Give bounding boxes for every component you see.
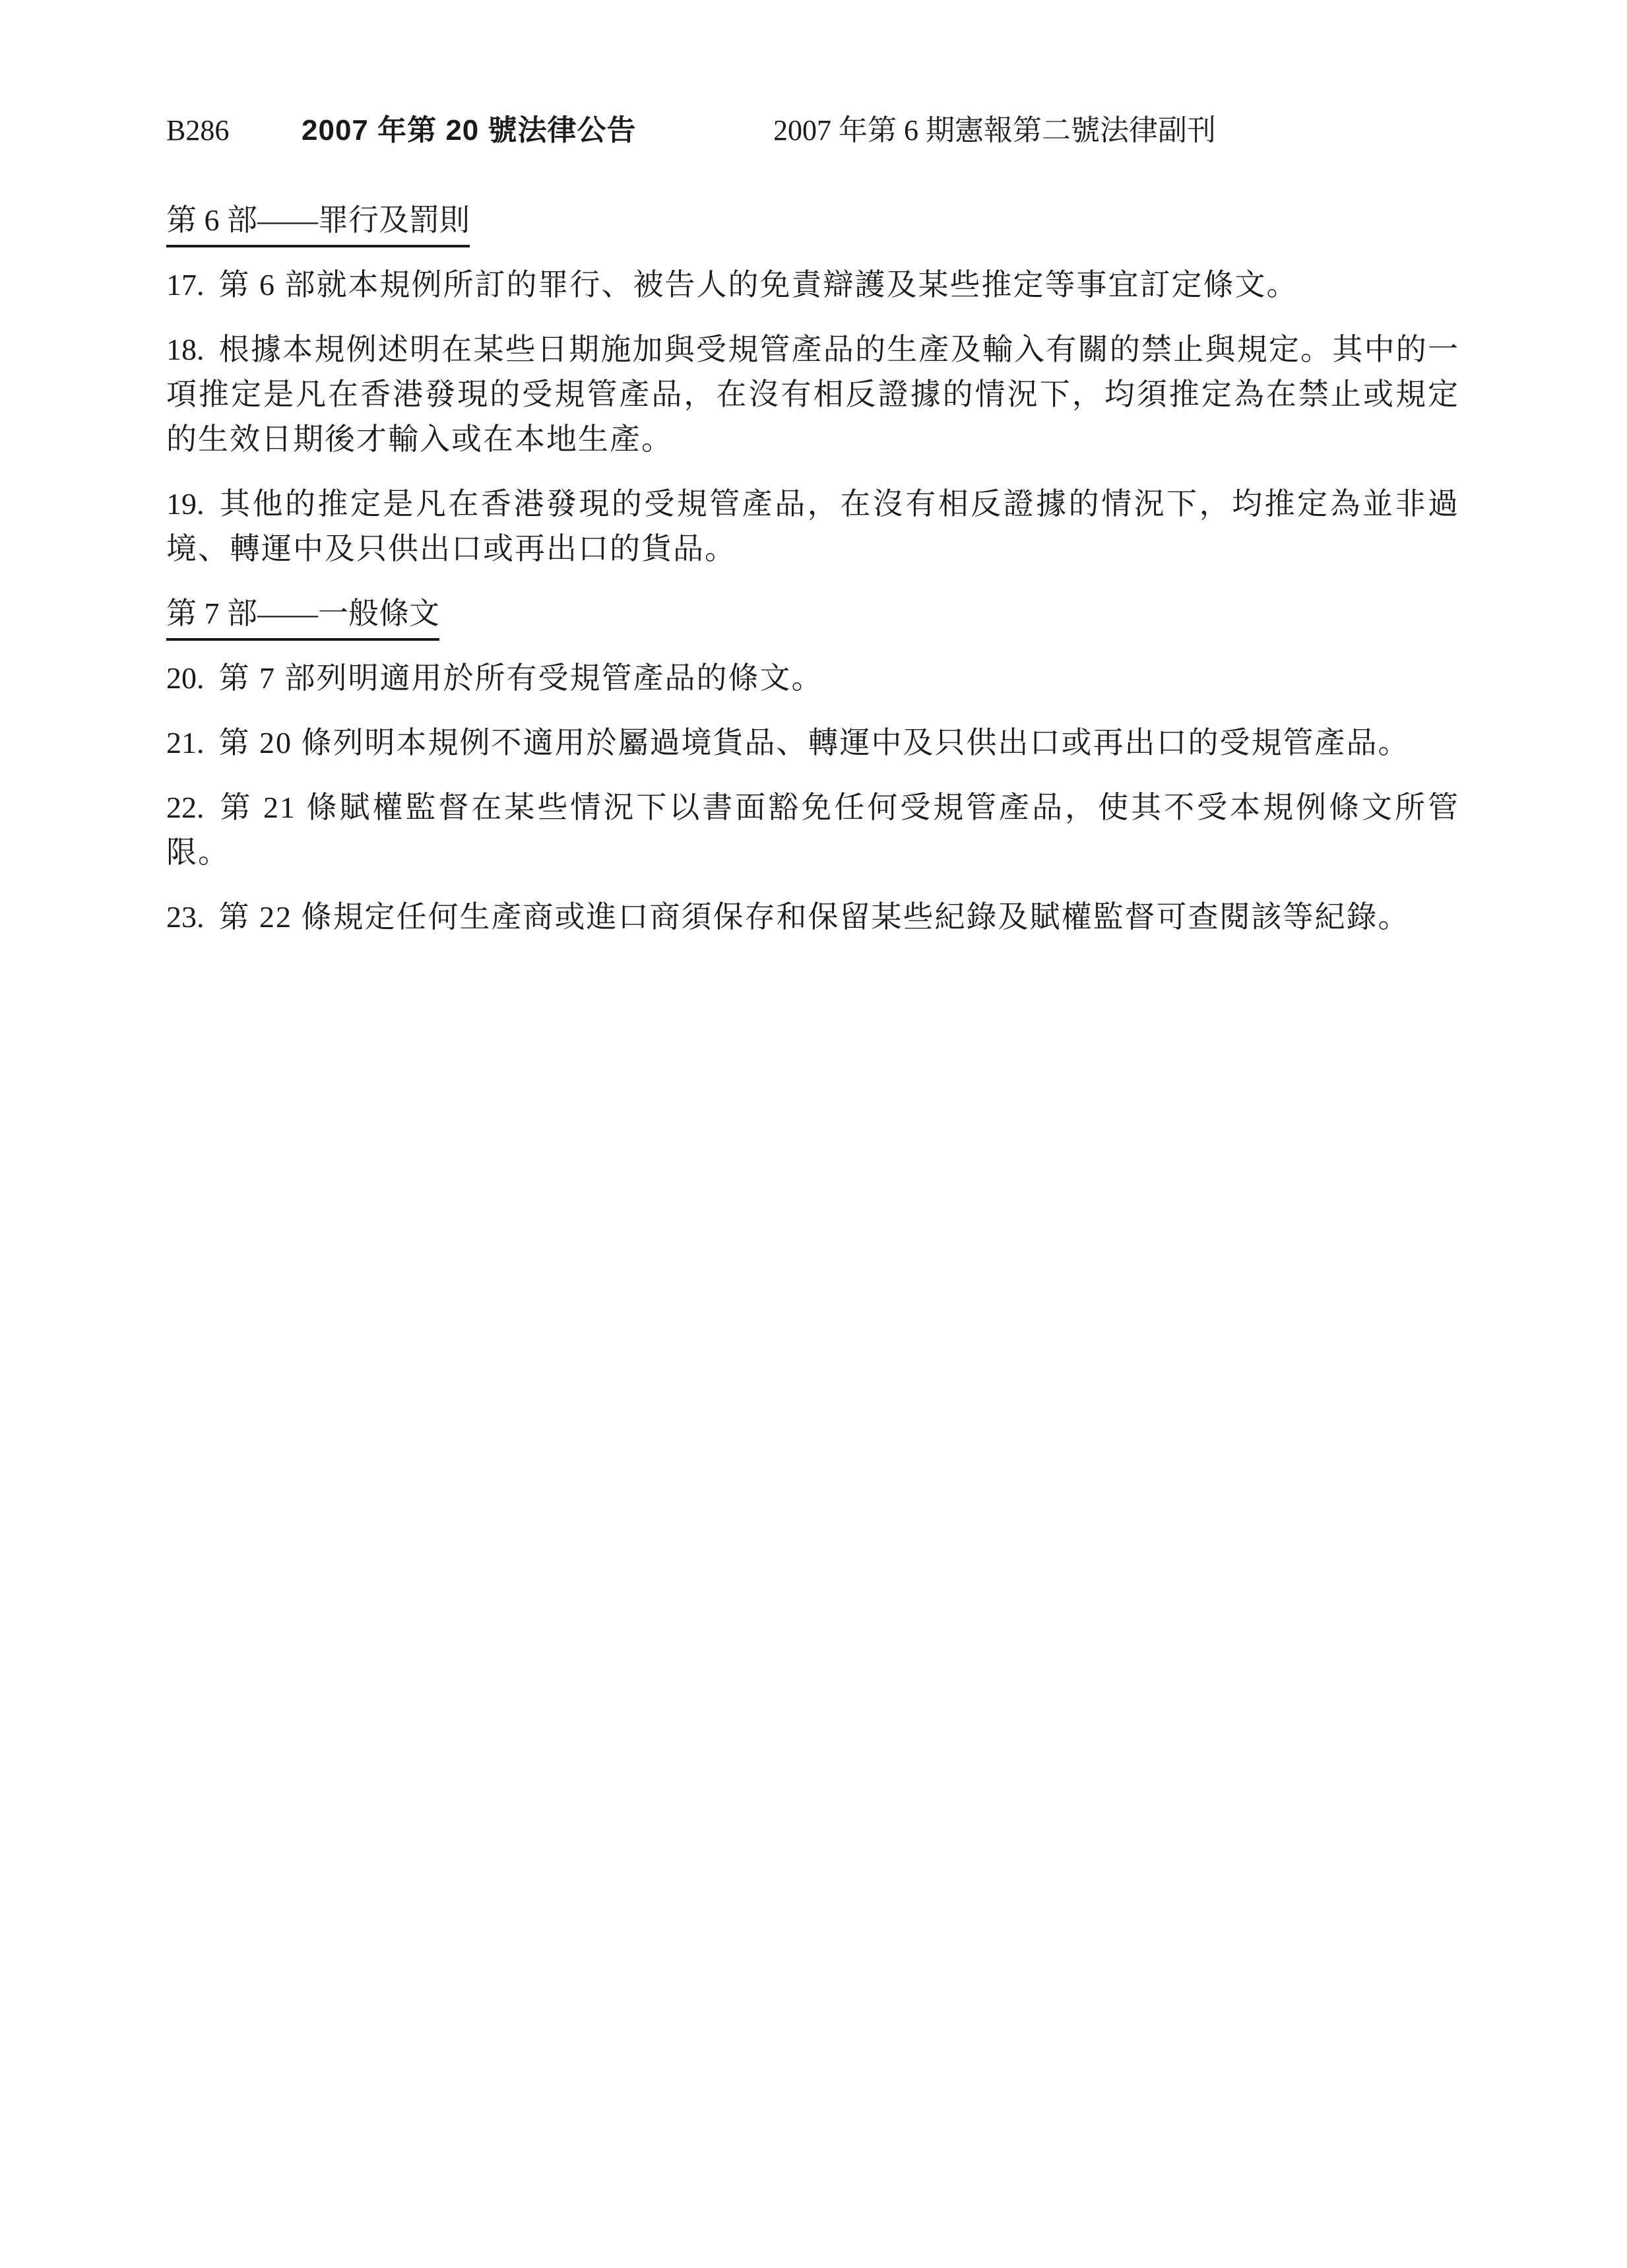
paragraph-number: 23.: [166, 895, 205, 940]
paragraph-19: 19.其他的推定是凡在香港發現的受規管產品，在沒有相反證據的情況下，均推定為並非…: [166, 482, 1459, 571]
section-part-7: 第 7 部——一般條文: [166, 591, 1459, 645]
paragraph-text: 第 20 條列明本規例不適用於屬過境貨品、轉運中及只供出口或再出口的受規管產品。: [219, 726, 1410, 760]
part-heading: 第 6 部——罪行及罰則: [166, 200, 470, 247]
gazette-supplement-title: 2007 年第 6 期憲報第二號法律副刊: [773, 111, 1216, 150]
paragraph-number: 20.: [166, 656, 205, 701]
page-number: B286: [166, 111, 229, 150]
paragraph-23: 23.第 22 條規定任何生產商或進口商須保存和保留某些紀錄及賦權監督可查閱該等…: [166, 895, 1459, 940]
document-body: 第 6 部——罪行及罰則 17.第 6 部就本規例所訂的罪行、被告人的免責辯護及…: [166, 198, 1459, 959]
paragraph-text: 第 21 條賦權監督在某些情況下以書面豁免任何受規管產品，使其不受本規例條文所管…: [166, 791, 1459, 869]
paragraph-18: 18.根據本規例述明在某些日期施加與受規管產品的生產及輸入有關的禁止與規定。其中…: [166, 327, 1459, 462]
paragraph-text: 第 6 部就本規例所訂的罪行、被告人的免責辯護及某些推定等事宜訂定條文。: [219, 268, 1298, 302]
paragraph-number: 19.: [166, 482, 205, 527]
paragraph-text: 其他的推定是凡在香港發現的受規管產品，在沒有相反證據的情況下，均推定為並非過境、…: [166, 487, 1459, 566]
paragraph-number: 18.: [166, 327, 205, 372]
paragraph-number: 17.: [166, 263, 205, 308]
paragraph-text: 第 7 部列明適用於所有受規管產品的條文。: [219, 661, 823, 695]
paragraph-number: 22.: [166, 785, 205, 830]
paragraph-number: 21.: [166, 721, 205, 765]
part-heading: 第 7 部——一般條文: [166, 593, 439, 641]
section-part-6: 第 6 部——罪行及罰則: [166, 198, 1459, 252]
paragraph-22: 22.第 21 條賦權監督在某些情況下以書面豁免任何受規管產品，使其不受本規例條…: [166, 785, 1459, 875]
paragraph-21: 21.第 20 條列明本規例不適用於屬過境貨品、轉運中及只供出口或再出口的受規管…: [166, 721, 1459, 765]
paragraph-text: 第 22 條規定任何生產商或進口商須保存和保留某些紀錄及賦權監督可查閱該等紀錄。: [219, 900, 1410, 934]
running-header: B286 2007 年第 20 號法律公告 2007 年第 6 期憲報第二號法律…: [166, 111, 1459, 150]
legal-notice-number: 2007 年第 20 號法律公告: [302, 111, 637, 150]
paragraph-text: 根據本規例述明在某些日期施加與受規管產品的生產及輸入有關的禁止與規定。其中的一項…: [166, 333, 1459, 456]
paragraph-20: 20.第 7 部列明適用於所有受規管產品的條文。: [166, 656, 1459, 701]
paragraph-17: 17.第 6 部就本規例所訂的罪行、被告人的免責辯護及某些推定等事宜訂定條文。: [166, 263, 1459, 308]
